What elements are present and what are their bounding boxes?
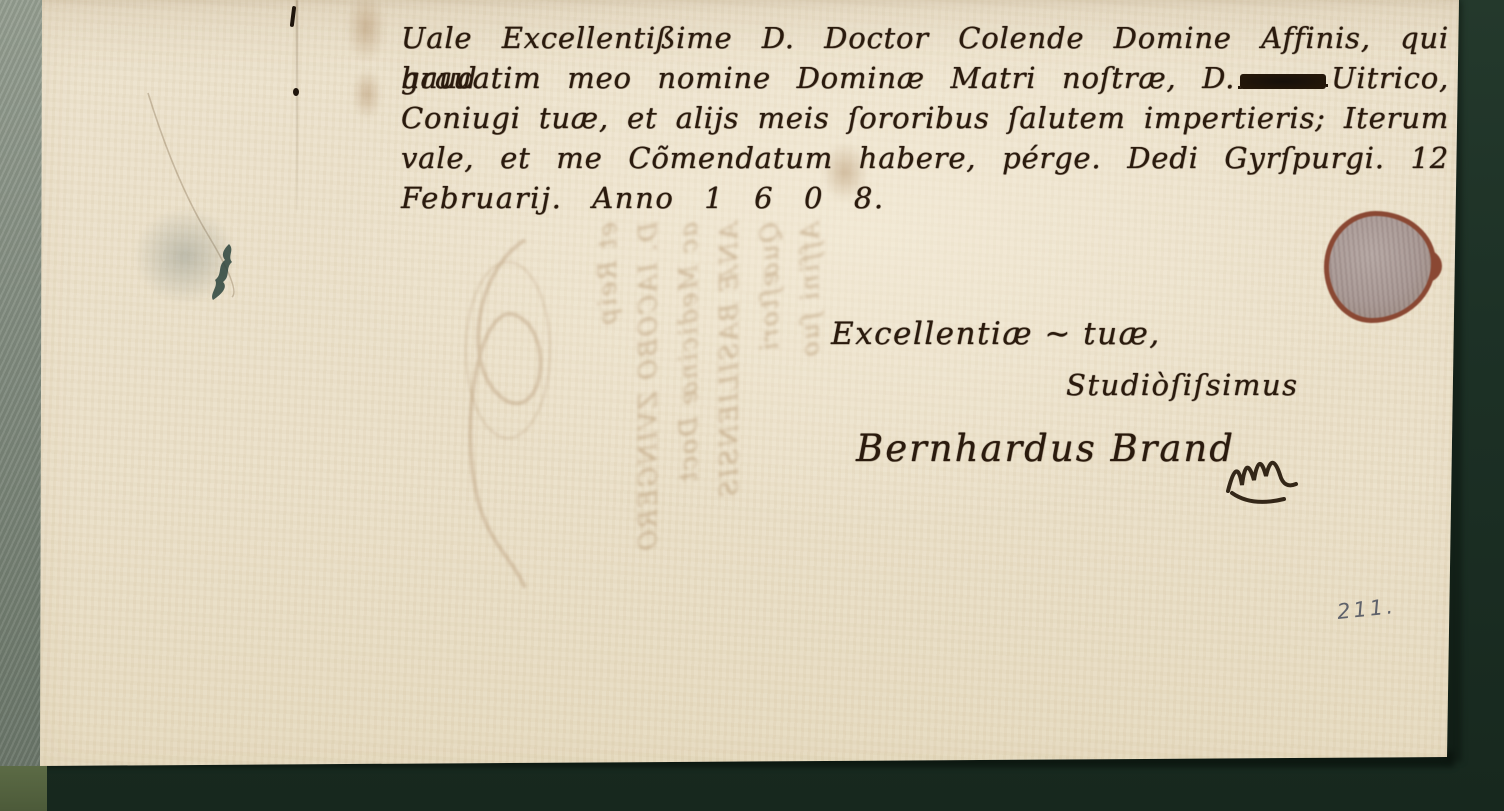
- closing-address-form: Excellentiæ ~ tuæ,: [831, 316, 1161, 352]
- text-line: Uale Excellentißime D. Doctor Colende Do…: [401, 18, 1449, 58]
- crossed-out-word: [1240, 74, 1326, 89]
- bleedthrough-line: Quæſtori: [750, 222, 791, 712]
- letter-body: Uale Excellentißime D. Doctor Colende Do…: [401, 18, 1449, 218]
- signature: Bernhardus Brand: [856, 427, 1235, 470]
- bleedthrough-line: Affini ſuo: [791, 222, 832, 712]
- ink-smudge: [134, 208, 236, 304]
- backing-board-corner: [0, 763, 47, 811]
- wax-seal-interior: [1329, 216, 1431, 318]
- bleedthrough-line: ac Medicinæ Doct: [669, 222, 710, 712]
- bleedthrough-spot: [352, 68, 382, 120]
- bleedthrough-line: et Reip: [588, 222, 629, 712]
- signature-flourish: [1222, 447, 1302, 509]
- adjacent-page-edge: [0, 0, 45, 766]
- bleedthrough-line: D. IACOBO ZVINGERO: [629, 222, 670, 712]
- text-line: Coniugi tuæ, et alijs meis ſororibus ſal…: [401, 98, 1449, 138]
- text-line: grauatim meo nomine Dominæ Matri noſtræ,…: [401, 58, 1449, 98]
- text-line: Februarij. Anno 1 6 0 8.: [401, 178, 1449, 218]
- scan-viewport: et Reip D. IACOBO ZVINGERO ac Medicinæ D…: [0, 0, 1504, 811]
- text-segment: grauatim meo nomine Dominæ Matri noſtræ,…: [401, 61, 1235, 95]
- paper-crease: [296, 0, 298, 210]
- text-line: vale, et me Cõmendatum habere, pérge. De…: [401, 138, 1449, 178]
- text-segment: Uitrico,: [1331, 61, 1449, 95]
- letter-page: et Reip D. IACOBO ZVINGERO ac Medicinæ D…: [0, 0, 1504, 811]
- bleedthrough-address: et Reip D. IACOBO ZVINGERO ac Medicinæ D…: [588, 222, 836, 712]
- bleedthrough-line: ANÆ BASILIENSIS: [710, 222, 751, 712]
- closing-valediction: Studiòſiſsimus: [1066, 368, 1298, 402]
- ink-dot: [293, 88, 299, 96]
